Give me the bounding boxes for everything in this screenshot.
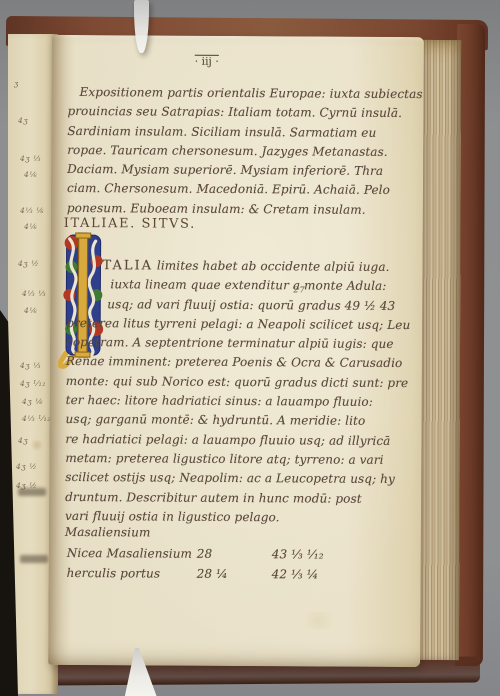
text-line: prouincias seu Satrapias: Italiam totam.…	[67, 102, 422, 123]
ink-show-through-smudge	[20, 555, 48, 563]
text-run: limites habet ab occidente alpiū iuga.	[153, 258, 390, 273]
paragraph-europe: Expositionem partis orientalis Europae: …	[67, 83, 423, 220]
margin-annotation: 4⅙	[24, 306, 37, 315]
foxing-spot	[298, 611, 338, 629]
text-line: ciam. Chersonesum. Macedoniā. Epirū. Ach…	[67, 179, 422, 200]
place-name: herculis portus	[67, 566, 161, 581]
margin-annotation: 4⅓ ⅙	[20, 206, 44, 215]
latitude-value: 43 ⅓ ¹⁄₁₂	[272, 547, 324, 561]
margin-annotation: ʒ	[14, 79, 19, 88]
table-row: Nicea Masaliensium 28 43 ⅓ ¹⁄₁₂	[49, 546, 421, 568]
subheading-massilia: Masaliensium	[65, 525, 151, 540]
photo-of-open-book: ʒ 4ʒ 4ʒ ⅓ 4⅙ 4⅓ ⅙ 4⅙ 4ʒ ½ 4⅓ ⅓ 4⅙ 4ʒ ⅓ 4…	[0, 0, 500, 696]
margin-annotation: 4⅓ ⅓	[22, 289, 46, 298]
manuscript-page: · iij · Expositionem partis orientalis E…	[48, 35, 424, 667]
text-line: preterea litus tyrreni pelagi: a Neapoli…	[66, 314, 410, 335]
margin-annotation: 4ʒ ⅓	[20, 154, 41, 163]
text-line: usq; ad vari fluuij ostia: quorū gradus …	[107, 295, 410, 316]
latitude-value: 42 ⅓ ¼	[272, 567, 319, 581]
margin-annotation: 4ʒ ¹⁄₁₂	[20, 379, 46, 388]
text-line: iuxta lineam quae extenditur a monte Adu…	[110, 276, 410, 297]
foxing-spot	[30, 439, 44, 451]
table-row: herculis portus 28 ¼ 42 ⅓ ¼	[49, 566, 421, 588]
margin-annotation: 4⅙	[24, 170, 37, 179]
paragraph-italia: TALIA limites habet ab occidente alpiū i…	[65, 256, 411, 528]
margin-annotation: 4⅙	[24, 222, 37, 231]
margin-annotation: 4ʒ	[18, 436, 28, 445]
initial-continuation: TALIA	[102, 258, 153, 273]
text-line: Renae imminent: preterea Poenis & Ocra &…	[66, 352, 410, 373]
text-line: Expositionem partis orientalis Europae: …	[80, 83, 423, 104]
text-line: ter haec: litore hadriatici sinus: a lau…	[66, 391, 410, 412]
folio-number: · iij ·	[172, 56, 242, 68]
text-line: monte: qui sub Norico est: quorū gradus …	[66, 372, 410, 393]
margin-annotation: 4ʒ ⅓	[20, 361, 41, 370]
longitude-value: 28 ¼	[197, 567, 228, 581]
text-line: usq; garganū montē: & hydruntū. A meridi…	[66, 410, 410, 431]
text-line: metam: preterea ligustico litore atq; ty…	[65, 449, 409, 470]
margin-annotation: 4⅓ ¹⁄₁₂	[22, 414, 51, 423]
margin-annotation: 4ʒ	[18, 116, 28, 125]
text-line: re hadriatici pelagi: a lauampo fluuio u…	[65, 430, 409, 451]
section-heading: ITALIAE. SITVS.	[64, 216, 196, 232]
text-line: Daciam. Mysiam superiorē. Mysiam inferio…	[67, 160, 422, 181]
longitude-value: 28	[197, 547, 213, 561]
text-line: ropae. Tauricam chersonesum. Jazyges Met…	[67, 141, 422, 162]
text-line: copetram. A septentrione terminatur alpi…	[66, 333, 410, 354]
interlinear-correction: 27	[293, 285, 305, 294]
ink-show-through-smudge	[18, 488, 46, 496]
fore-edge-page-stack	[417, 40, 461, 660]
text-line: druntum. Describitur autem in hunc modū:…	[65, 488, 409, 509]
text-line: scilicet ostijs usq; Neapolim: ac a Leuc…	[65, 468, 409, 489]
text-line: TALIA limites habet ab occidente alpiū i…	[102, 256, 410, 277]
margin-annotation: 4ʒ ⅙	[22, 397, 43, 406]
place-name: Nicea Masaliensium	[67, 546, 192, 561]
margin-annotation: 4ʒ ½	[18, 259, 39, 268]
margin-annotation: 4ʒ ½	[16, 462, 37, 471]
text-line: Sardiniam insulam. Siciliam insulā. Sarm…	[67, 122, 422, 143]
